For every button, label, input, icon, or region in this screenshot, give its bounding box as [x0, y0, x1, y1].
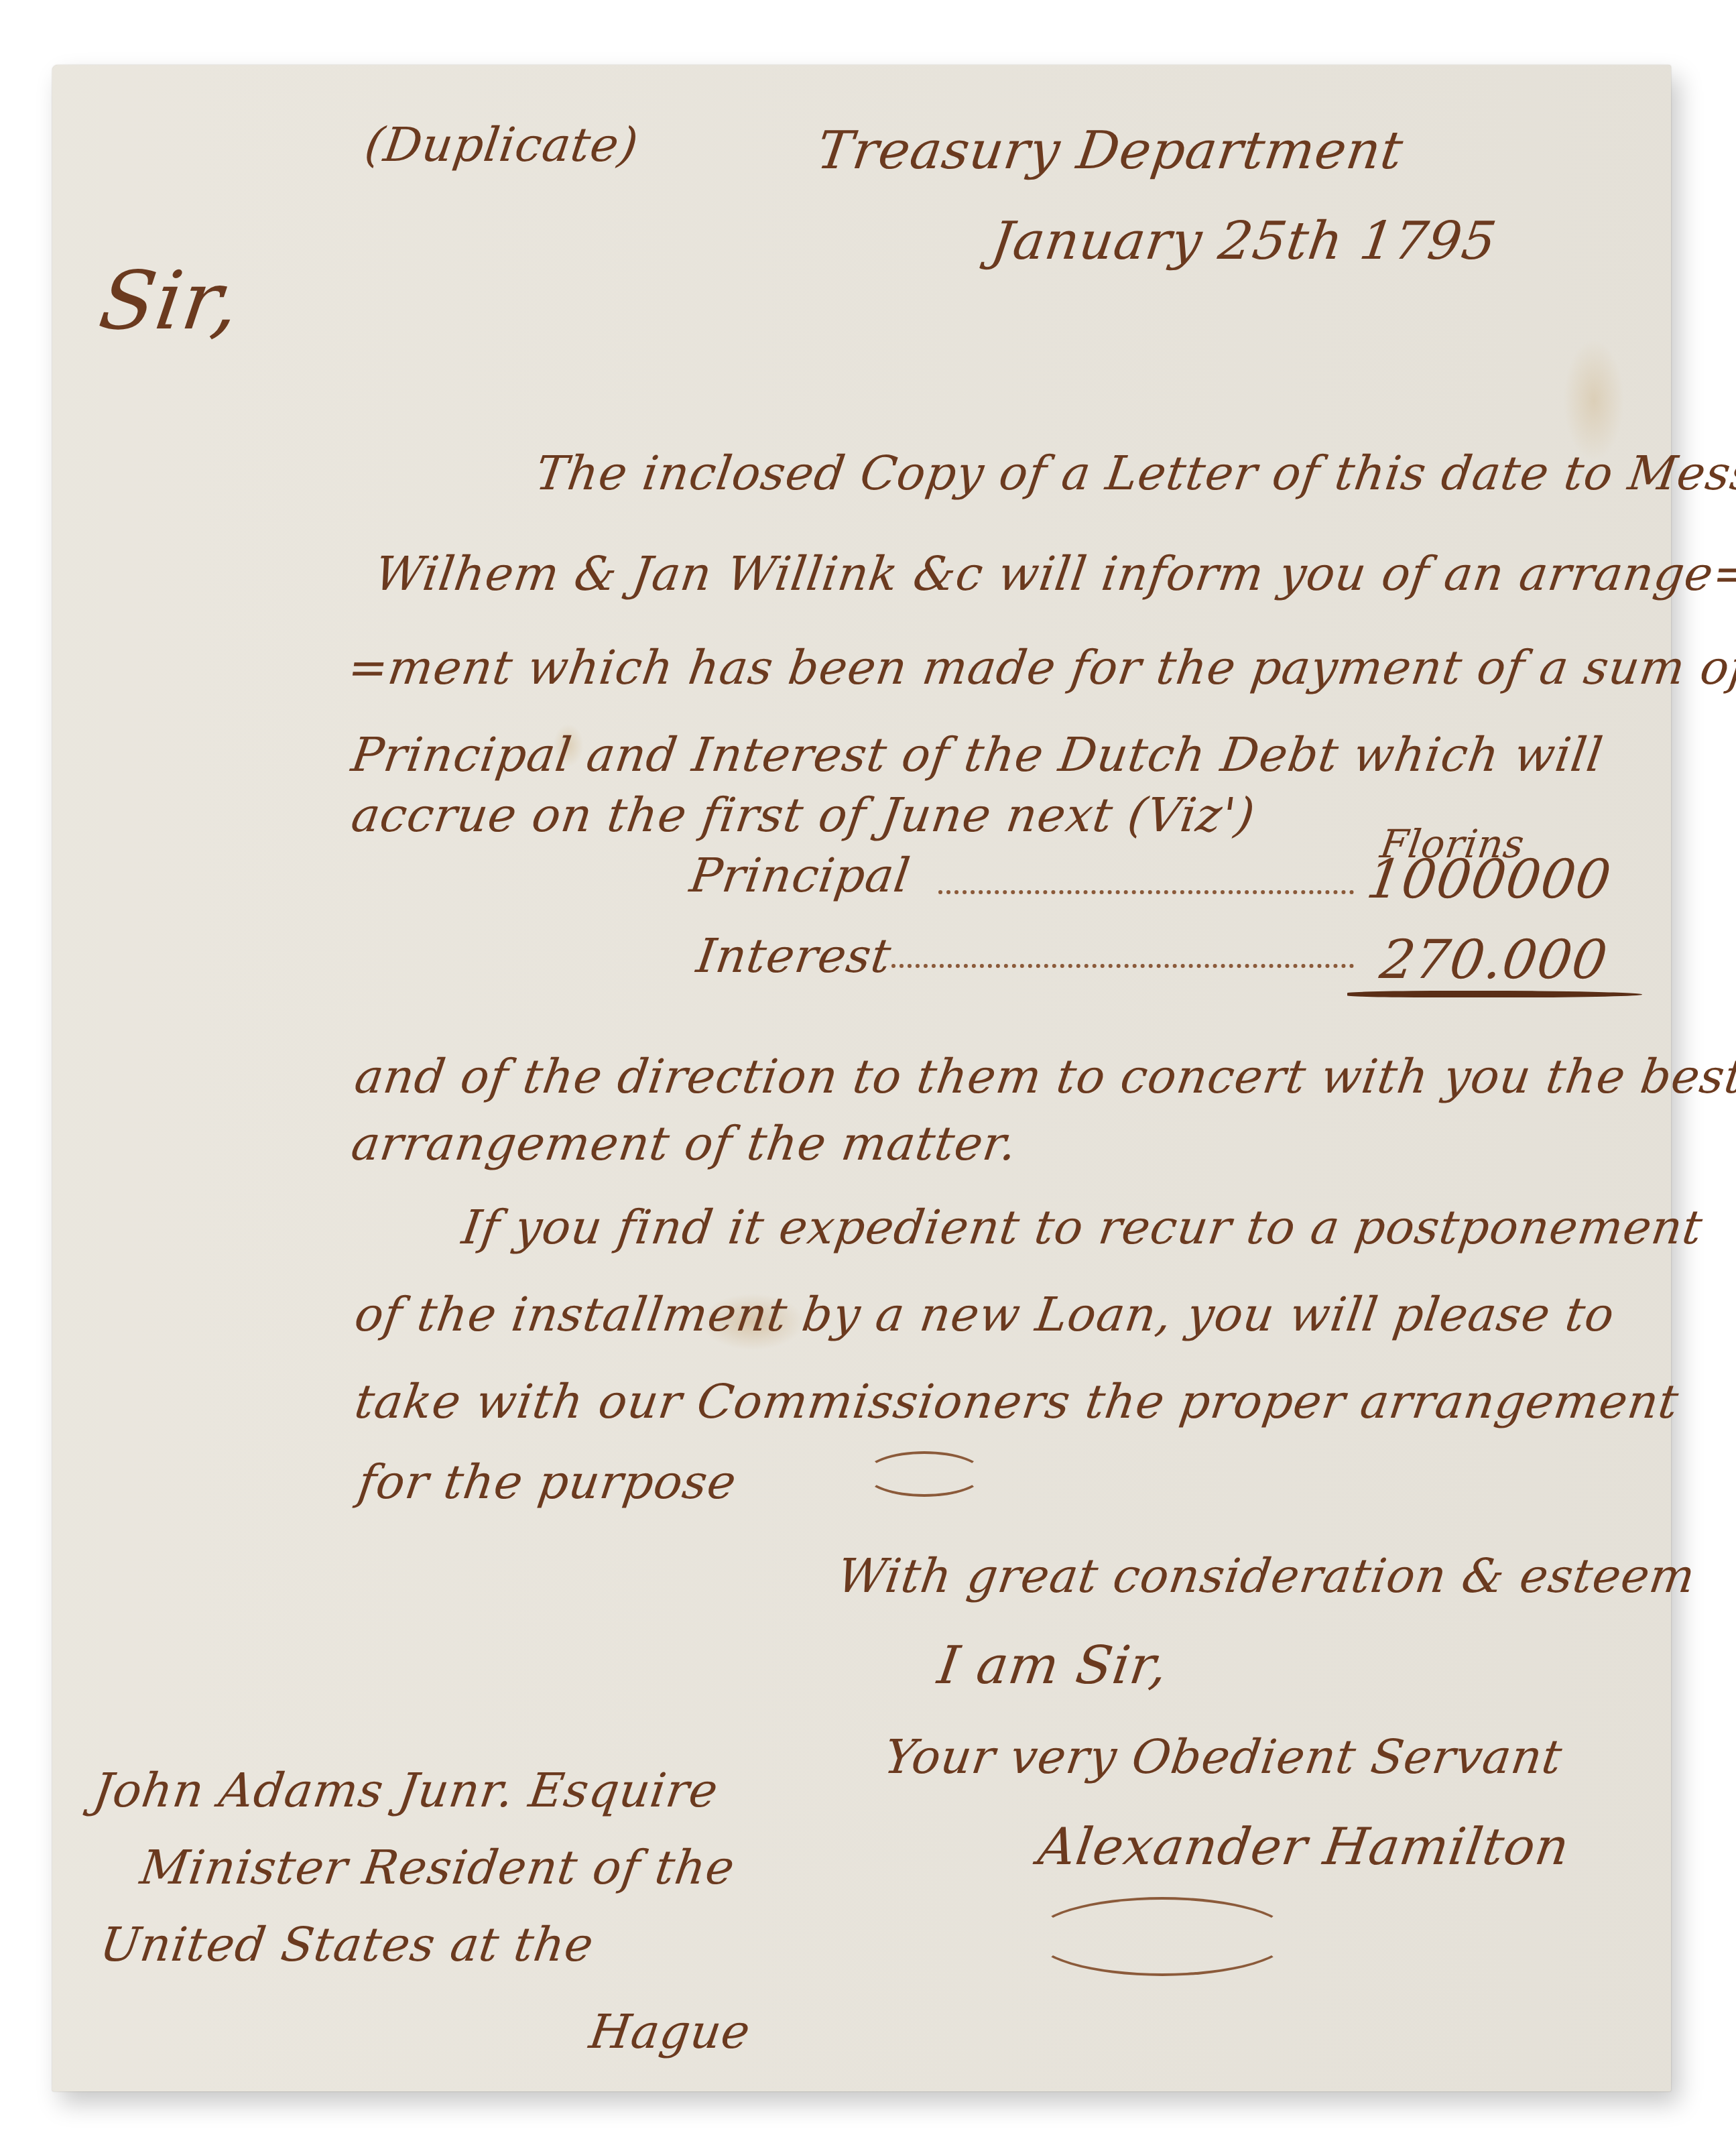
body-line: Wilhem & Jan Willink &c will inform you … — [371, 546, 1736, 601]
signature-flourish — [1032, 1897, 1292, 1976]
letter-date: January 25th 1795 — [988, 211, 1501, 271]
body-line: accrue on the first of June next (Viz') — [348, 788, 1258, 843]
table-row-label: Interest — [693, 928, 895, 983]
addressee-line: John Adams Junr. Esquire — [90, 1763, 721, 1818]
body-line: and of the direction to them to concert … — [351, 1049, 1736, 1104]
table-row-label: Principal — [686, 848, 914, 903]
table-row-amount: 1000000 — [1363, 848, 1615, 910]
department-heading: Treasury Department — [814, 121, 1408, 181]
body-line: for the purpose — [355, 1455, 740, 1510]
closing-line: Your very Obedient Servant — [881, 1729, 1566, 1784]
body-line: take with our Commissioners the proper a… — [351, 1374, 1682, 1429]
addressee-line: Hague — [586, 2004, 754, 2059]
addressee-line: United States at the — [97, 1917, 597, 1972]
closing-line: I am Sir, — [934, 1636, 1172, 1696]
duplicate-mark: (Duplicate) — [361, 117, 641, 172]
body-line: The inclosed Copy of a Letter of this da… — [532, 446, 1736, 501]
body-line: arrangement of the matter. — [348, 1116, 1021, 1171]
addressee-line: Minister Resident of the — [137, 1840, 738, 1895]
leader-dots — [891, 964, 1354, 968]
leader-dots — [938, 890, 1354, 894]
body-line: Principal and Interest of the Dutch Debt… — [348, 727, 1607, 782]
body-line: If you find it expedient to recur to a p… — [458, 1200, 1706, 1255]
total-underline — [1347, 991, 1642, 997]
closing-line: With great consideration & esteem — [834, 1548, 1698, 1603]
body-line: of the installment by a new Loan, you wi… — [351, 1287, 1618, 1342]
body-line: =ment which has been made for the paymen… — [345, 640, 1736, 695]
salutation: Sir, — [94, 255, 245, 348]
flourish-mark — [865, 1451, 984, 1497]
table-row-amount: 270.000 — [1376, 928, 1611, 991]
signature: Alexander Hamilton — [1035, 1817, 1573, 1876]
